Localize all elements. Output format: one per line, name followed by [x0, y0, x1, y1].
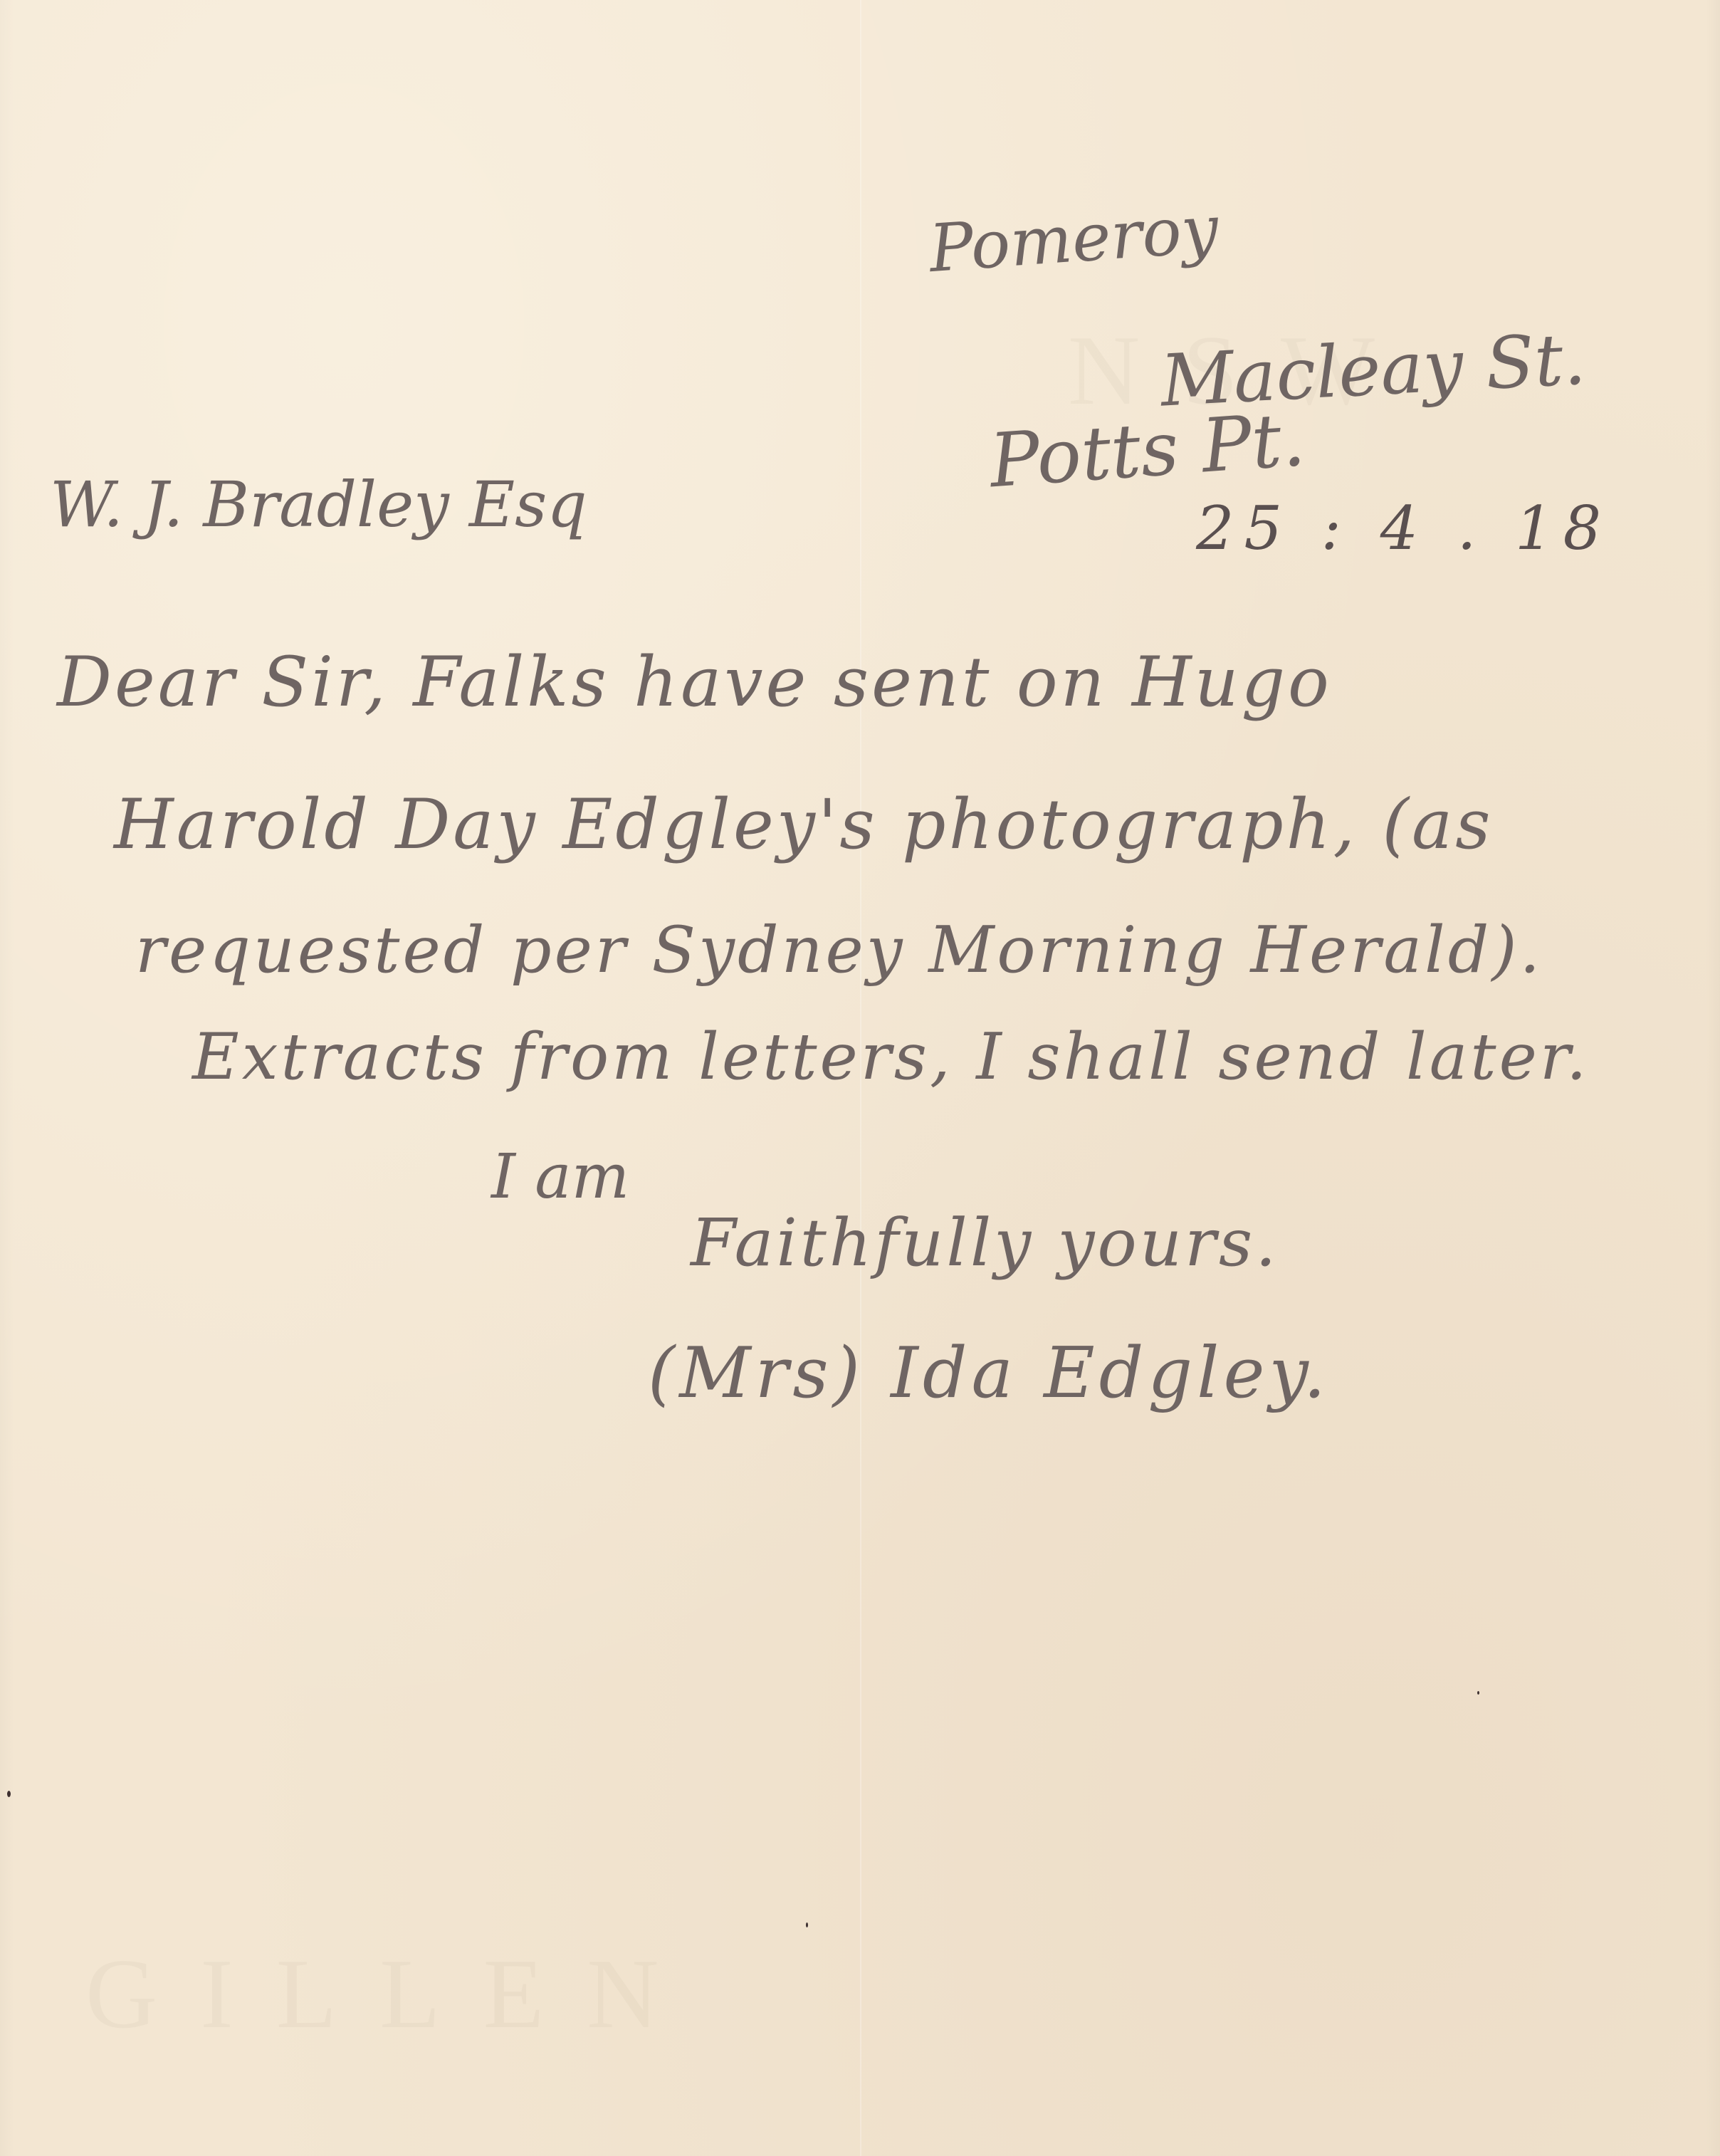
- paper-speck: [7, 1791, 11, 1797]
- paper-watermark-bottom: GILLEN: [85, 1937, 701, 2051]
- address-line-suburb: Potts Pt.: [987, 402, 1307, 498]
- body-line-1: Dear Sir, Falks have sent on Hugo: [57, 648, 1332, 716]
- body-line-3: requested per Sydney Morning Herald).: [135, 919, 1543, 983]
- signature: (Mrs) Ida Edgley.: [648, 1339, 1330, 1408]
- paper-speck: [1477, 1691, 1479, 1695]
- letter-sheet: NSW GILLEN Pomeroy Macleay St. Potts Pt.…: [0, 0, 1720, 2156]
- address-line-house: Pomeroy: [927, 197, 1220, 282]
- paper-speck: [806, 1922, 808, 1927]
- recipient-name: W. J. Bradley Esq: [50, 473, 587, 536]
- body-line-4: Extracts from letters, I shall send late…: [192, 1025, 1590, 1089]
- closing-line-1: I am: [491, 1146, 629, 1208]
- body-line-2: Harold Day Edgley's photograph, (as: [114, 790, 1493, 859]
- closing-line-2: Faithfully yours.: [691, 1210, 1279, 1276]
- letter-date: 25 : 4 . 18: [1196, 498, 1611, 558]
